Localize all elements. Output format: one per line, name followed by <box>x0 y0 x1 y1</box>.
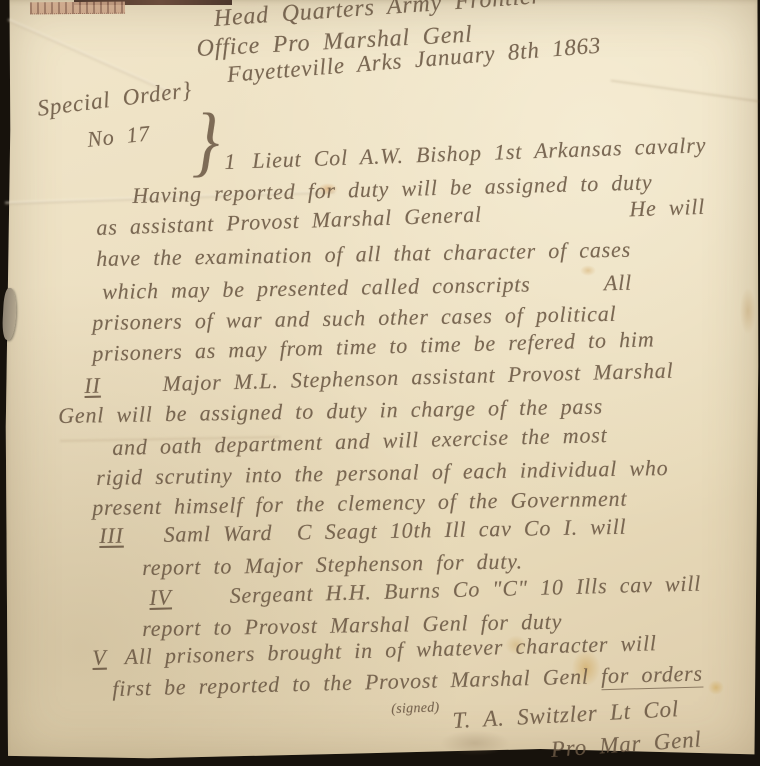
paragraph-numeral: 1 <box>224 149 237 174</box>
paragraph-numeral: III <box>99 524 124 549</box>
scanned-document: { "palette": { "paper": "#ecdfc1", "ink"… <box>0 0 760 766</box>
stamp-fragment <box>30 2 125 15</box>
paragraph-numeral: IV <box>149 585 172 610</box>
signed-label: (signed) <box>391 700 440 717</box>
underlined-phrase: for orders <box>601 661 703 691</box>
paragraph-numeral: II <box>84 374 101 399</box>
paragraph-numeral: V <box>92 646 107 671</box>
order-big-brace: } <box>192 98 220 184</box>
